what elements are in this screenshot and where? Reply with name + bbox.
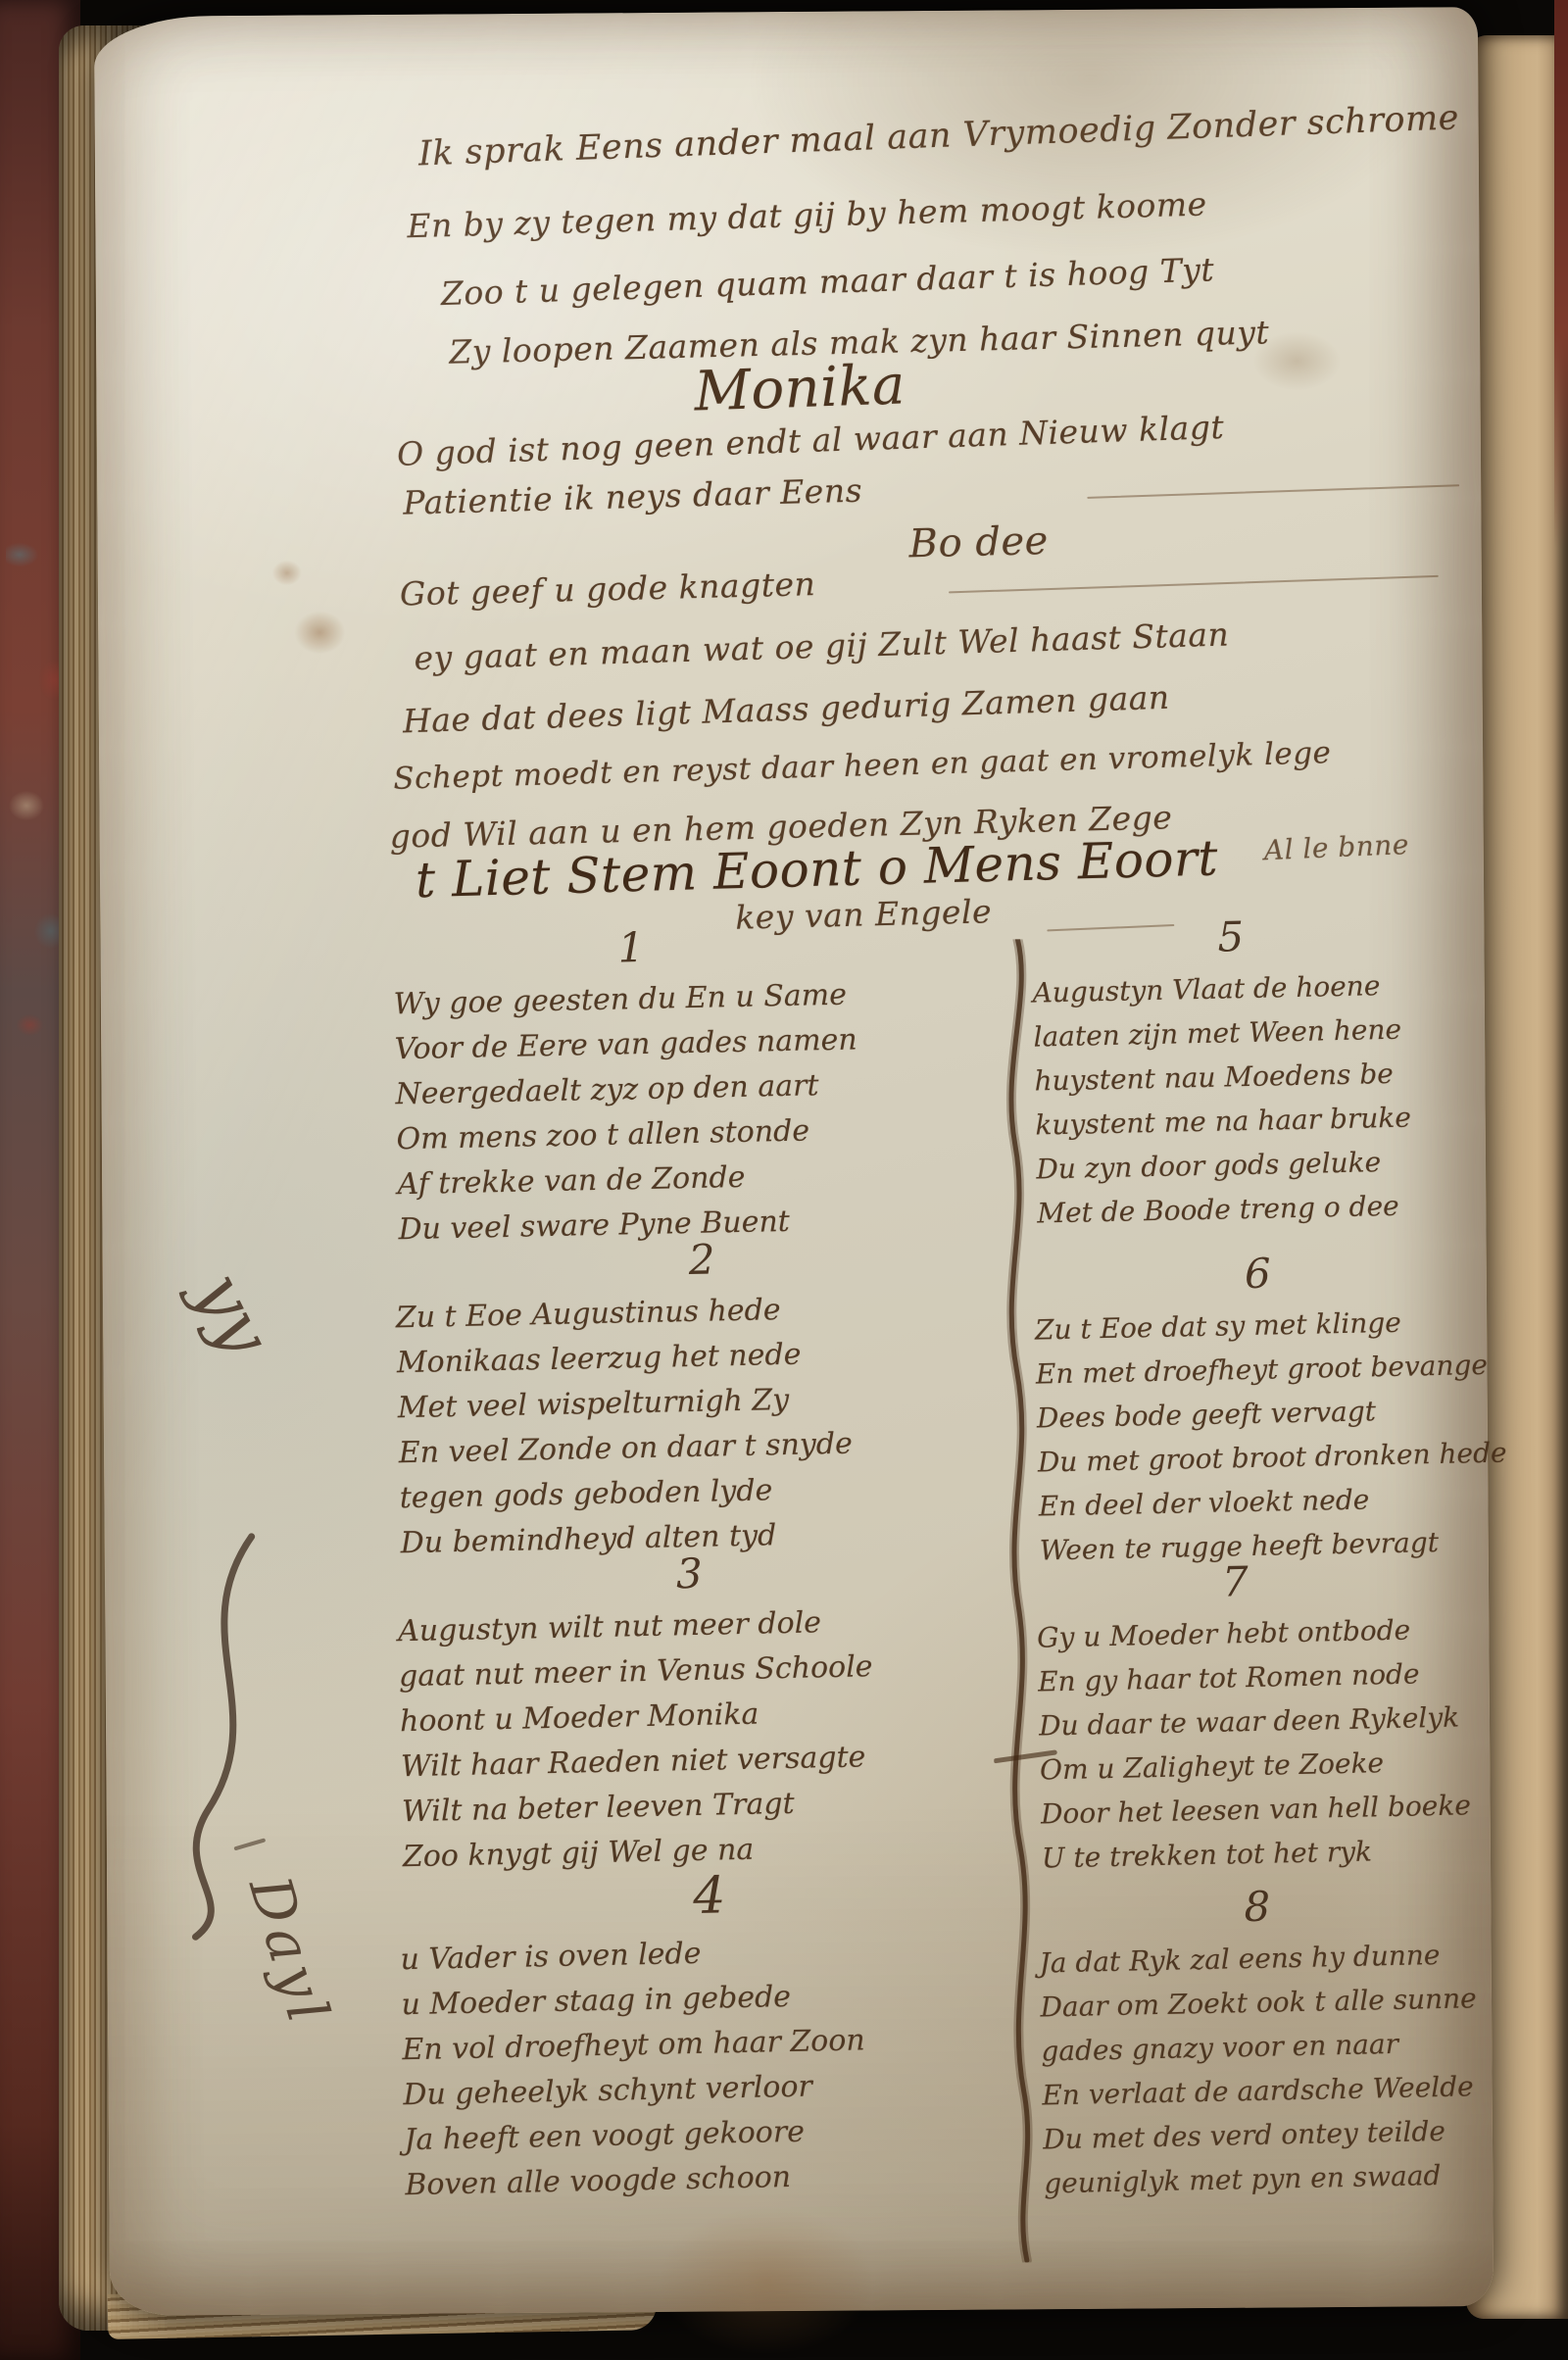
stanza-number: 2 [688, 1229, 1022, 1284]
stanza-5: 5 Augustyn Vlaat de hoene laaten zijn me… [1031, 908, 1498, 1236]
verse-line: Met de Boode treng o dee [1037, 1182, 1498, 1236]
text-line: Ik sprak Eens ander maal aan Vrymoedig Z… [417, 98, 1459, 173]
stanza-number: 3 [675, 1543, 1024, 1598]
verse-line: U te trekken tot het ryk [1041, 1827, 1502, 1881]
text-line: Hae dat dees ligt Maass gedurig Zamen ga… [402, 678, 1170, 741]
title-side-note: Al le bnne [1263, 828, 1409, 866]
stanza-7: 7 Gy u Moeder hebt ontbode En gy haar to… [1036, 1552, 1503, 1881]
text-line: ey gaat en maan wat oe gij Zult Wel haas… [414, 615, 1230, 677]
verse-line: geuniglyk met pyn en swaad [1044, 2152, 1505, 2206]
ink-rule [1087, 484, 1459, 499]
stanza-number: 6 [1244, 1245, 1494, 1298]
heading-monika: Monika [693, 353, 906, 423]
text-line: Got geef u gode knagten [400, 565, 816, 613]
text-line: En by zy tegen my dat gij by hem moogt k… [407, 184, 1207, 245]
cover-spine-strip [1554, 0, 1568, 549]
stanza-1: 1 Wy goe geesten du En u Same Voor de Ee… [392, 915, 1026, 1253]
stanza-2: 2 Zu t Eoe Augustinus hede Monikaas leer… [394, 1229, 1028, 1566]
paper-stain [272, 560, 302, 585]
heading-bodee: Bo dee [908, 518, 1049, 566]
manuscript-page: Ik sprak Eens ander maal aan Vrymoedig Z… [94, 7, 1494, 2316]
paper-stain [294, 611, 345, 654]
ink-rule [949, 575, 1439, 594]
stanza-number: 4 [693, 1860, 1027, 1926]
text-line: Schept moedt en reyst daar heen en gaat … [393, 735, 1332, 797]
stanza-number: 8 [1244, 1878, 1499, 1931]
photo-scene: Ik sprak Eens ander maal aan Vrymoedig Z… [0, 0, 1568, 2360]
stanza-number: 1 [617, 915, 1020, 972]
stanza-4: 4 u Vader is oven lede u Moeder staag in… [399, 1860, 1033, 2208]
paper-stain [658, 2206, 874, 2355]
text-line: Zoo t u gelegen quam maar daar t is hoog… [440, 250, 1214, 313]
stanza-number: 5 [1217, 908, 1493, 961]
stanza-3: 3 Augustyn wilt nut meer dole gaat nut m… [397, 1543, 1031, 1880]
text-line: Patientie ik neys daar Eens [403, 471, 863, 522]
stanza-8: 8 Ja dat Ryk zal eens hy dunne Daar om Z… [1038, 1878, 1505, 2206]
stanza-number: 7 [1222, 1552, 1497, 1606]
margin-scribble-top: yy [178, 1259, 287, 1367]
stanza-6: 6 Zu t Eoe dat sy met klinge En met droe… [1033, 1245, 1500, 1573]
